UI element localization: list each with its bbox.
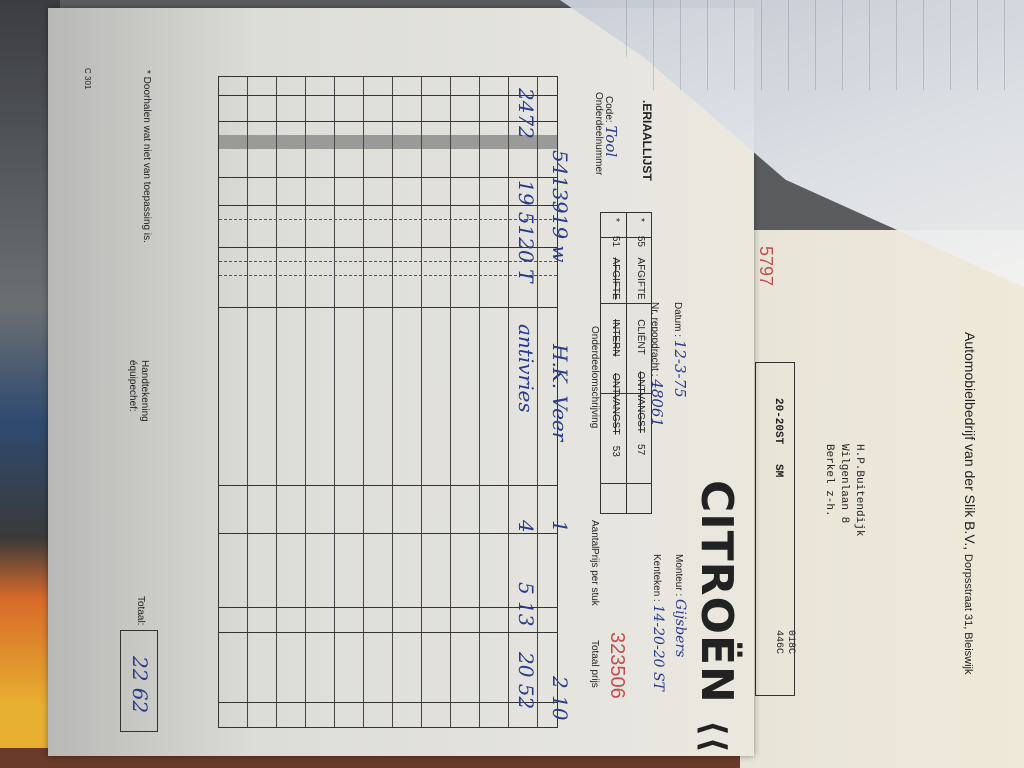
signature-label: Handtekening xyxy=(138,360,150,422)
item-1-part-number: 5413919 w xyxy=(548,150,572,263)
form-title: .ERIAALLIJST xyxy=(640,100,654,181)
grid-rule xyxy=(219,533,557,534)
signature-label-2: équipechef: xyxy=(126,360,138,422)
afgifte-code: 51 xyxy=(610,236,621,247)
customer-city: Berkel z-h. xyxy=(821,444,836,536)
item-2-description: antivries xyxy=(514,324,538,413)
col-part-number: Onderdeelnummer xyxy=(593,92,604,175)
monteur-field: Monteur : Gijsbers Kenteken : 14-20-20 S… xyxy=(646,554,690,691)
grid-rule xyxy=(219,247,557,248)
datum-value: 12-3-75 xyxy=(671,340,689,398)
form-number: 323506 xyxy=(605,632,628,699)
kenteken-value: 14-20-20 ST xyxy=(650,605,666,691)
grid-rule xyxy=(219,607,557,608)
ontvangst-struck: ONTVANGST xyxy=(635,371,646,432)
afgifte-party: CLIËNT xyxy=(635,319,646,355)
grid-dashed-rule xyxy=(219,275,557,276)
afgifte-row-1: * 55 AFGIFTE CLIËNT ONTVANGST 57 xyxy=(635,218,646,455)
grid-rule xyxy=(219,95,557,96)
signature-field: Handtekening équipechef: xyxy=(126,360,150,422)
code-field: Code: Tool xyxy=(602,96,620,157)
afgifte-party-struck: INTERN xyxy=(610,319,621,356)
customer-address: H.P.Buitendijk Wilgenlaan 8 Berkel z-h. xyxy=(821,444,866,536)
item-1-total: 2 10 xyxy=(548,676,572,721)
item-2-total: 20 52 xyxy=(514,652,538,709)
col-unit-price: Prijs per stuk xyxy=(589,548,600,606)
vehicle-code-1: 018C xyxy=(784,630,796,654)
afgifte-rule xyxy=(601,483,651,484)
afgifte-code-end: 53 xyxy=(610,446,621,457)
afgifte-code-end: 57 xyxy=(635,444,646,455)
curled-page-grid xyxy=(600,0,1020,90)
form-code: C 301 xyxy=(83,68,92,89)
grid-rule xyxy=(219,307,557,308)
code-label: Code: xyxy=(603,96,614,123)
vehicle-codes: 018C 446C xyxy=(772,630,796,654)
code-value: Tool xyxy=(602,125,620,157)
brand-name: CITROËN xyxy=(691,480,742,704)
prior-form-number: 5797 xyxy=(755,246,776,286)
item-2-unit-price: 5 13 xyxy=(514,582,538,627)
monteur-label: Monteur xyxy=(673,554,684,591)
item-2-part-number: 19 5120 T xyxy=(514,180,538,282)
grid-rule xyxy=(219,485,557,486)
grid-dashed-rule xyxy=(219,261,557,262)
footnote: * Doorhalen wat niet van toepassing is. xyxy=(141,70,152,243)
grid-rule xyxy=(219,702,557,703)
grid-rule xyxy=(219,632,557,633)
company-name: Automobielbedrijf van der Slik B.V., xyxy=(962,332,978,550)
company-address: Dorpsstraat 31, Bleiswijk xyxy=(962,554,974,674)
grid-rule xyxy=(219,121,557,122)
brand-logo: CITROËN ⟨⟨ xyxy=(691,480,742,753)
total-value: 22 62 xyxy=(128,656,152,713)
model-text: SM xyxy=(772,464,784,477)
parts-grid xyxy=(218,76,558,728)
monteur-value: Gijsbers xyxy=(672,599,688,657)
vehicle-code-2: 446C xyxy=(772,630,784,654)
datum-label: Datum xyxy=(672,302,683,331)
total-label: Totaal: xyxy=(135,596,146,625)
kenteken-label: Kenteken xyxy=(651,554,662,596)
item-2-quantity: 4 xyxy=(514,520,538,533)
col-description: Onderdeelomschrijving xyxy=(589,326,600,428)
grid-rule xyxy=(219,177,557,178)
ontvangst-struck: ONTVANGST xyxy=(610,373,621,434)
grid-rule xyxy=(219,205,557,206)
item-1-quantity: 1 xyxy=(548,520,572,533)
item-2-prefix: 2472 xyxy=(514,88,538,139)
afgifte-type-struck: AFGIFTE xyxy=(610,258,621,300)
customer-name: H.P.Buitendijk xyxy=(851,444,866,536)
vehicle-plate: 20-20ST SM xyxy=(772,398,784,477)
col-quantity: Aantal xyxy=(589,520,600,548)
grid-dashed-rule xyxy=(219,219,557,220)
afgifte-divider xyxy=(626,213,627,513)
asterisk: * xyxy=(610,218,621,222)
company-header: Automobielbedrijf van der Slik B.V., Dor… xyxy=(962,332,978,674)
customer-street: Wilgenlaan 8 xyxy=(836,444,851,536)
col-total-price: Totaal prijs xyxy=(589,640,600,688)
item-1-description: H.K. Veer xyxy=(548,344,572,441)
afgifte-row-2: * 51 AFGIFTE INTERN ONTVANGST 53 xyxy=(610,218,621,457)
afgifte-type: AFGIFTE xyxy=(635,258,646,300)
double-chevron-icon: ⟨⟨ xyxy=(693,720,733,753)
afgifte-code: 55 xyxy=(635,236,646,247)
asterisk: * xyxy=(635,218,646,222)
plate-text: 20-20ST xyxy=(772,398,784,444)
